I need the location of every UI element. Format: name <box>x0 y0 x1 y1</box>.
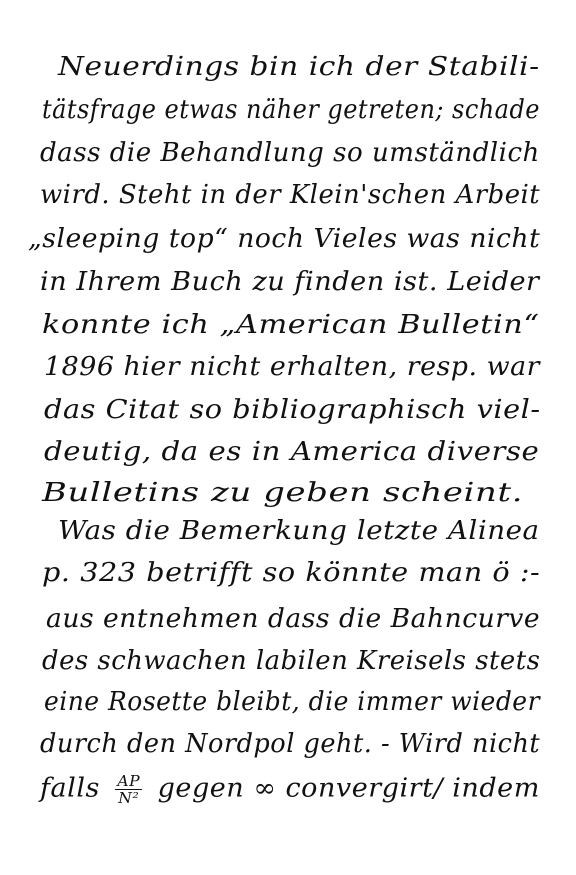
letter-line-12: Was die Bemerkung letzte Alinea <box>58 516 540 546</box>
letter-line-8: 1896 hier nicht erhalten, resp. war <box>44 352 540 382</box>
letter-line-13: p. 323 betrifft so könnte man ö :- <box>42 558 540 588</box>
fraction-numerator: AP <box>115 773 142 790</box>
letter-line-14: aus entnehmen dass die Bahncurve <box>46 604 540 634</box>
fraction-denominator: N² <box>115 790 142 806</box>
letter-line-11: Bulletins zu geben scheint. <box>42 478 523 508</box>
handwritten-letter-page: Neuerdings bin ich der Stabili- tätsfrag… <box>0 0 576 875</box>
letter-line-2: tätsfrage etwas näher getreten; schade <box>42 95 540 125</box>
fraction-ap-over-n-squared: AP N² <box>115 773 142 806</box>
letter-line-7: konnte ich „American Bulletin“ <box>42 310 539 340</box>
letter-line-1: Neuerdings bin ich der Stabili- <box>58 52 540 82</box>
letter-line-3: dass die Behandlung so umständlich <box>40 138 540 168</box>
letter-line-6: in Ihrem Buch zu finden ist. Leider <box>40 267 540 297</box>
letter-line-9: das Citat so bibliographisch viel- <box>44 395 541 425</box>
line-18-text-after: gegen ∞ convergirt/ indem <box>158 774 540 804</box>
letter-line-17: durch den Nordpol geht. - Wird nicht <box>40 729 540 759</box>
letter-line-4: wird. Steht in der Klein'schen Arbeit <box>40 180 540 210</box>
letter-line-18: falls AP N² gegen ∞ convergirt/ indem <box>40 773 540 806</box>
letter-line-5: „sleeping top“ noch Vieles was nicht <box>28 224 540 254</box>
letter-line-15: des schwachen labilen Kreisels stets <box>42 646 540 676</box>
letter-line-16: eine Rosette bleibt, die immer wieder <box>44 687 540 717</box>
line-18-text-before: falls <box>40 774 100 804</box>
letter-line-10: deutig, da es in America diverse <box>44 437 539 467</box>
